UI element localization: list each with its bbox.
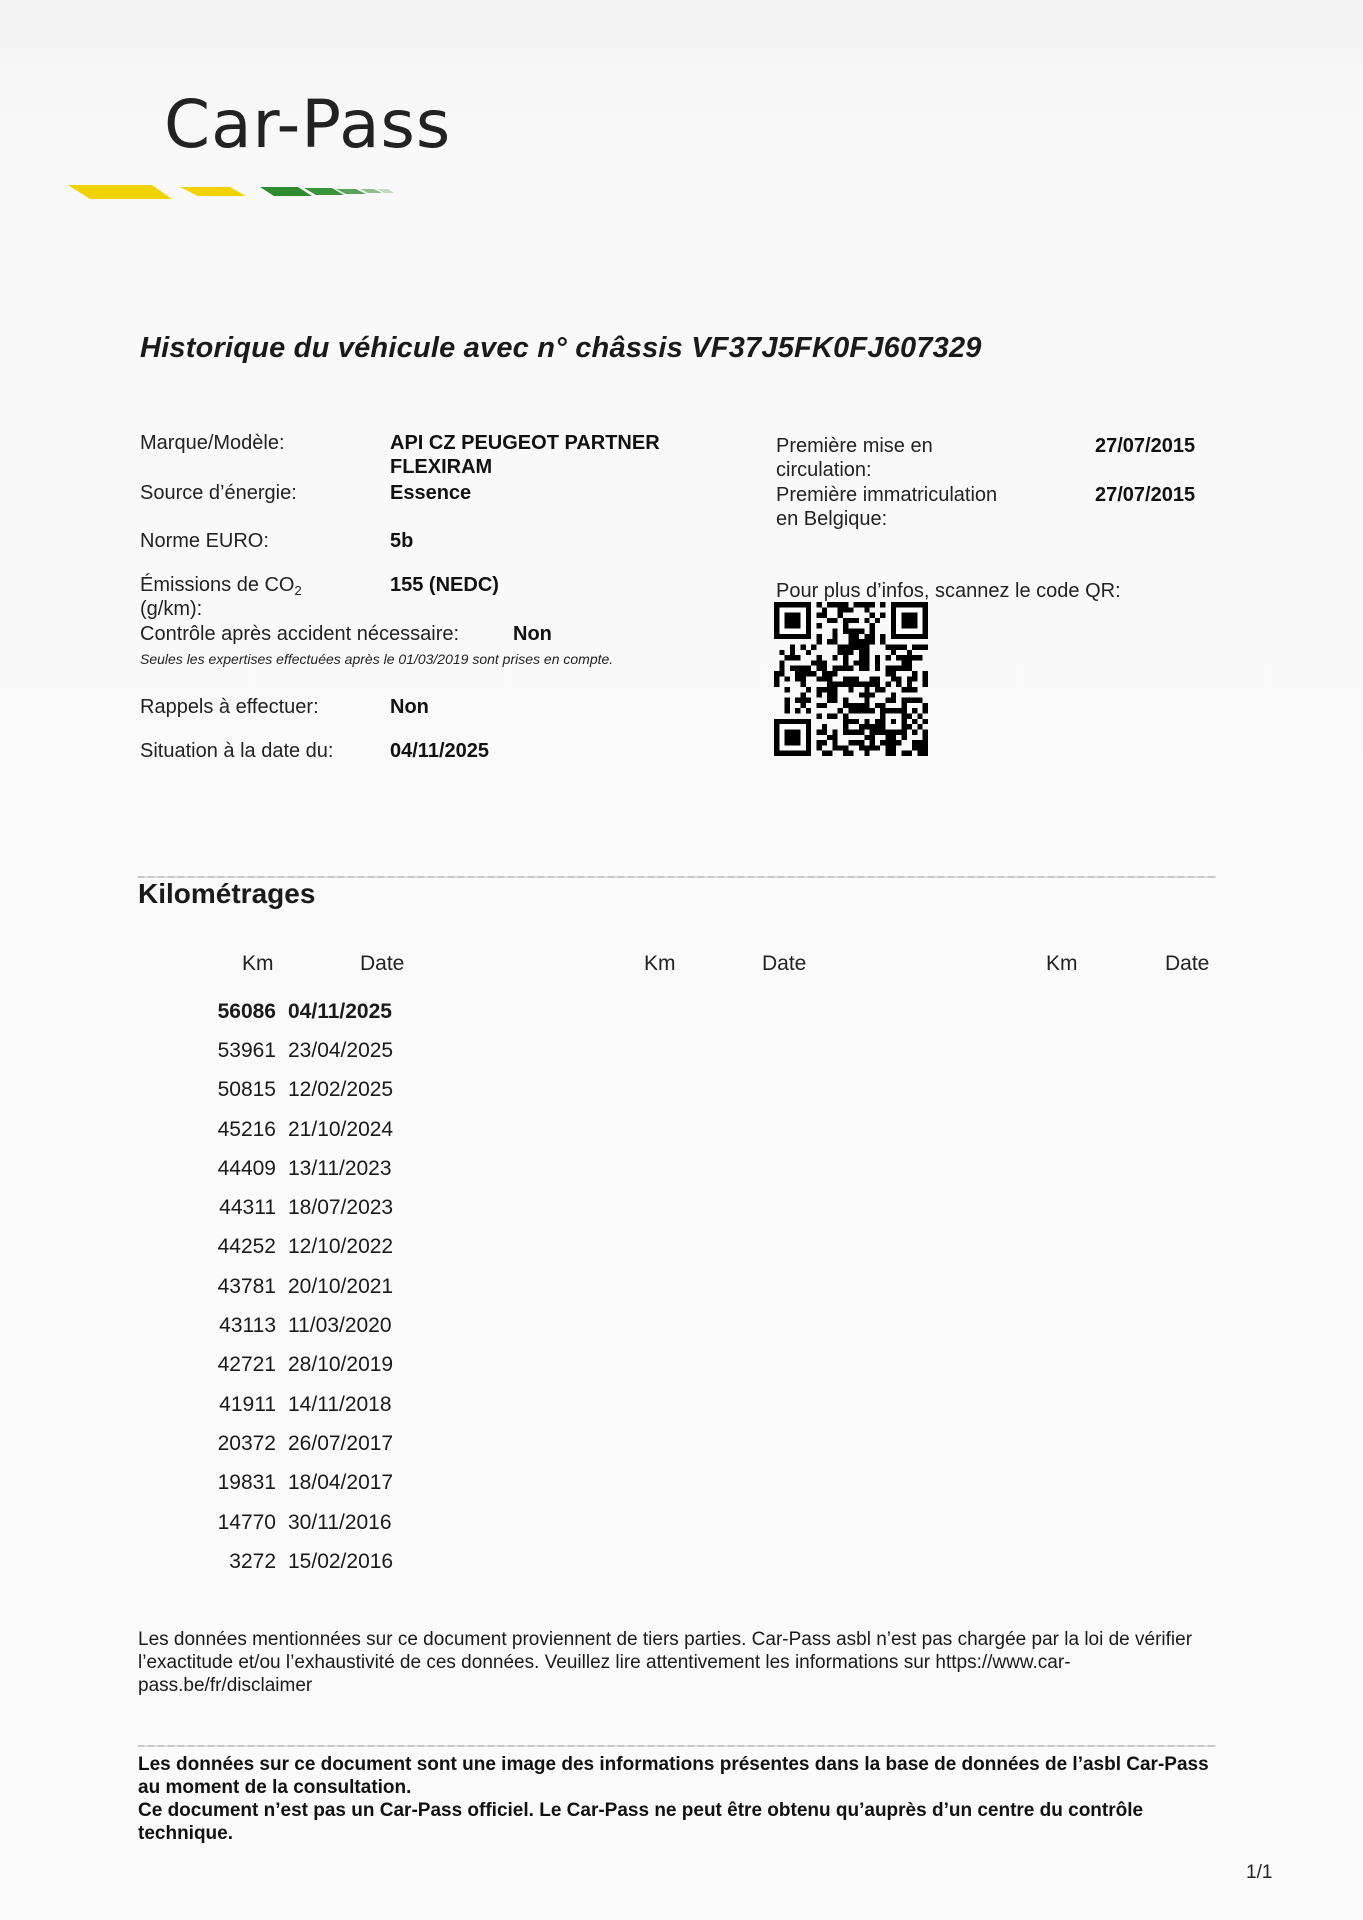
accident-label: Contrôle après accident nécessaire: [140, 623, 459, 646]
date-cell: 28/10/2019 [288, 1353, 393, 1377]
energie-value: Essence [390, 482, 471, 505]
accident-note: Seules les expertises effectuées après l… [140, 651, 613, 667]
disclaimer-text: Les données mentionnées sur ce document … [138, 1628, 1218, 1697]
table-row: 4272128/10/2019 [190, 1346, 440, 1385]
marque-value-line1: API CZ PEUGEOT PARTNER [390, 432, 660, 455]
car-pass-logo: Car-Pass [60, 85, 480, 205]
co2-unit-label: (g/km): [140, 598, 202, 621]
norme-label: Norme EURO: [140, 530, 269, 553]
km-cell: 42721 [190, 1353, 276, 1377]
table-row: 1477030/11/2016 [190, 1503, 440, 1542]
circulation-value: 27/07/2015 [1095, 435, 1195, 458]
situation-label: Situation à la date du: [140, 740, 333, 763]
col-header-date-2: Date [762, 952, 806, 976]
date-cell: 14/11/2018 [288, 1393, 392, 1417]
date-cell: 13/11/2023 [288, 1157, 392, 1181]
col-header-date-1: Date [360, 952, 404, 976]
mileage-table: 5608604/11/20255396123/04/20255081512/02… [190, 992, 440, 1581]
co2-label-main: Émissions de CO [140, 574, 295, 596]
km-cell: 41911 [190, 1393, 276, 1417]
accident-value: Non [513, 623, 552, 646]
immat-label-line2: en Belgique: [776, 508, 887, 531]
co2-value: 155 (NEDC) [390, 574, 499, 597]
date-cell: 04/11/2025 [288, 1000, 392, 1024]
marque-value-line2: FLEXIRAM [390, 456, 492, 479]
km-cell: 53961 [190, 1039, 276, 1063]
table-row: 1983118/04/2017 [190, 1464, 440, 1503]
date-cell: 30/11/2016 [288, 1511, 392, 1535]
date-cell: 12/02/2025 [288, 1078, 393, 1102]
notice-line-1: Les données sur ce document sont une ima… [138, 1753, 1228, 1799]
notice-block: Les données sur ce document sont une ima… [138, 1753, 1228, 1845]
norme-value: 5b [390, 530, 413, 553]
immat-value: 27/07/2015 [1095, 484, 1195, 507]
km-cell: 50815 [190, 1078, 276, 1102]
km-cell: 44409 [190, 1157, 276, 1181]
kilometrages-title: Kilométrages [138, 878, 315, 910]
qr-code-icon[interactable] [772, 602, 930, 756]
table-row: 4440913/11/2023 [190, 1149, 440, 1188]
col-header-km-3: Km [1046, 952, 1078, 976]
table-row: 4311311/03/2020 [190, 1306, 440, 1345]
km-cell: 43113 [190, 1314, 276, 1338]
km-cell: 44252 [190, 1235, 276, 1259]
km-cell: 14770 [190, 1511, 276, 1535]
table-row: 5396123/04/2025 [190, 1031, 440, 1070]
col-header-date-3: Date [1165, 952, 1209, 976]
immat-label-line1: Première immatriculation [776, 484, 997, 507]
table-row: 4191114/11/2018 [190, 1385, 440, 1424]
circulation-label-line2: circulation: [776, 459, 872, 482]
date-cell: 18/04/2017 [288, 1471, 393, 1495]
col-header-km-1: Km [242, 952, 274, 976]
document-page: Car-Pass Historique du véhicule avec n° … [0, 0, 1363, 1920]
logo-text: Car-Pass [164, 85, 451, 165]
page-title: Historique du véhicule avec n° châssis V… [140, 332, 982, 365]
table-row: 4521621/10/2024 [190, 1110, 440, 1149]
table-row: 4425212/10/2022 [190, 1228, 440, 1267]
date-cell: 15/02/2016 [288, 1550, 393, 1574]
km-cell: 19831 [190, 1471, 276, 1495]
table-row: 327215/02/2016 [190, 1542, 440, 1581]
date-cell: 11/03/2020 [288, 1314, 392, 1338]
marque-label: Marque/Modèle: [140, 432, 285, 455]
logo-stripes-icon [60, 163, 480, 203]
table-row: 5081512/02/2025 [190, 1071, 440, 1110]
rappels-value: Non [390, 696, 429, 719]
page-number: 1/1 [1246, 1862, 1272, 1884]
date-cell: 26/07/2017 [288, 1432, 393, 1456]
km-cell: 44311 [190, 1196, 276, 1220]
km-cell: 3272 [190, 1550, 276, 1574]
km-cell: 56086 [190, 1000, 276, 1024]
table-row: 5608604/11/2025 [190, 992, 440, 1031]
date-cell: 23/04/2025 [288, 1039, 393, 1063]
date-cell: 20/10/2021 [288, 1275, 393, 1299]
co2-label-subscript: 2 [295, 583, 302, 598]
km-cell: 45216 [190, 1118, 276, 1142]
footer-divider [138, 1745, 1216, 1747]
table-row: 2037226/07/2017 [190, 1424, 440, 1463]
date-cell: 18/07/2023 [288, 1196, 393, 1220]
rappels-label: Rappels à effectuer: [140, 696, 319, 719]
situation-value: 04/11/2025 [390, 740, 489, 763]
table-row: 4431118/07/2023 [190, 1188, 440, 1227]
qr-label: Pour plus d’infos, scannez le code QR: [776, 580, 1121, 603]
km-cell: 43781 [190, 1275, 276, 1299]
circulation-label-line1: Première mise en [776, 435, 933, 458]
date-cell: 21/10/2024 [288, 1118, 393, 1142]
energie-label: Source d’énergie: [140, 482, 297, 505]
notice-line-2: Ce document n’est pas un Car-Pass offici… [138, 1799, 1228, 1845]
km-cell: 20372 [190, 1432, 276, 1456]
table-row: 4378120/10/2021 [190, 1267, 440, 1306]
col-header-km-2: Km [644, 952, 676, 976]
date-cell: 12/10/2022 [288, 1235, 393, 1259]
